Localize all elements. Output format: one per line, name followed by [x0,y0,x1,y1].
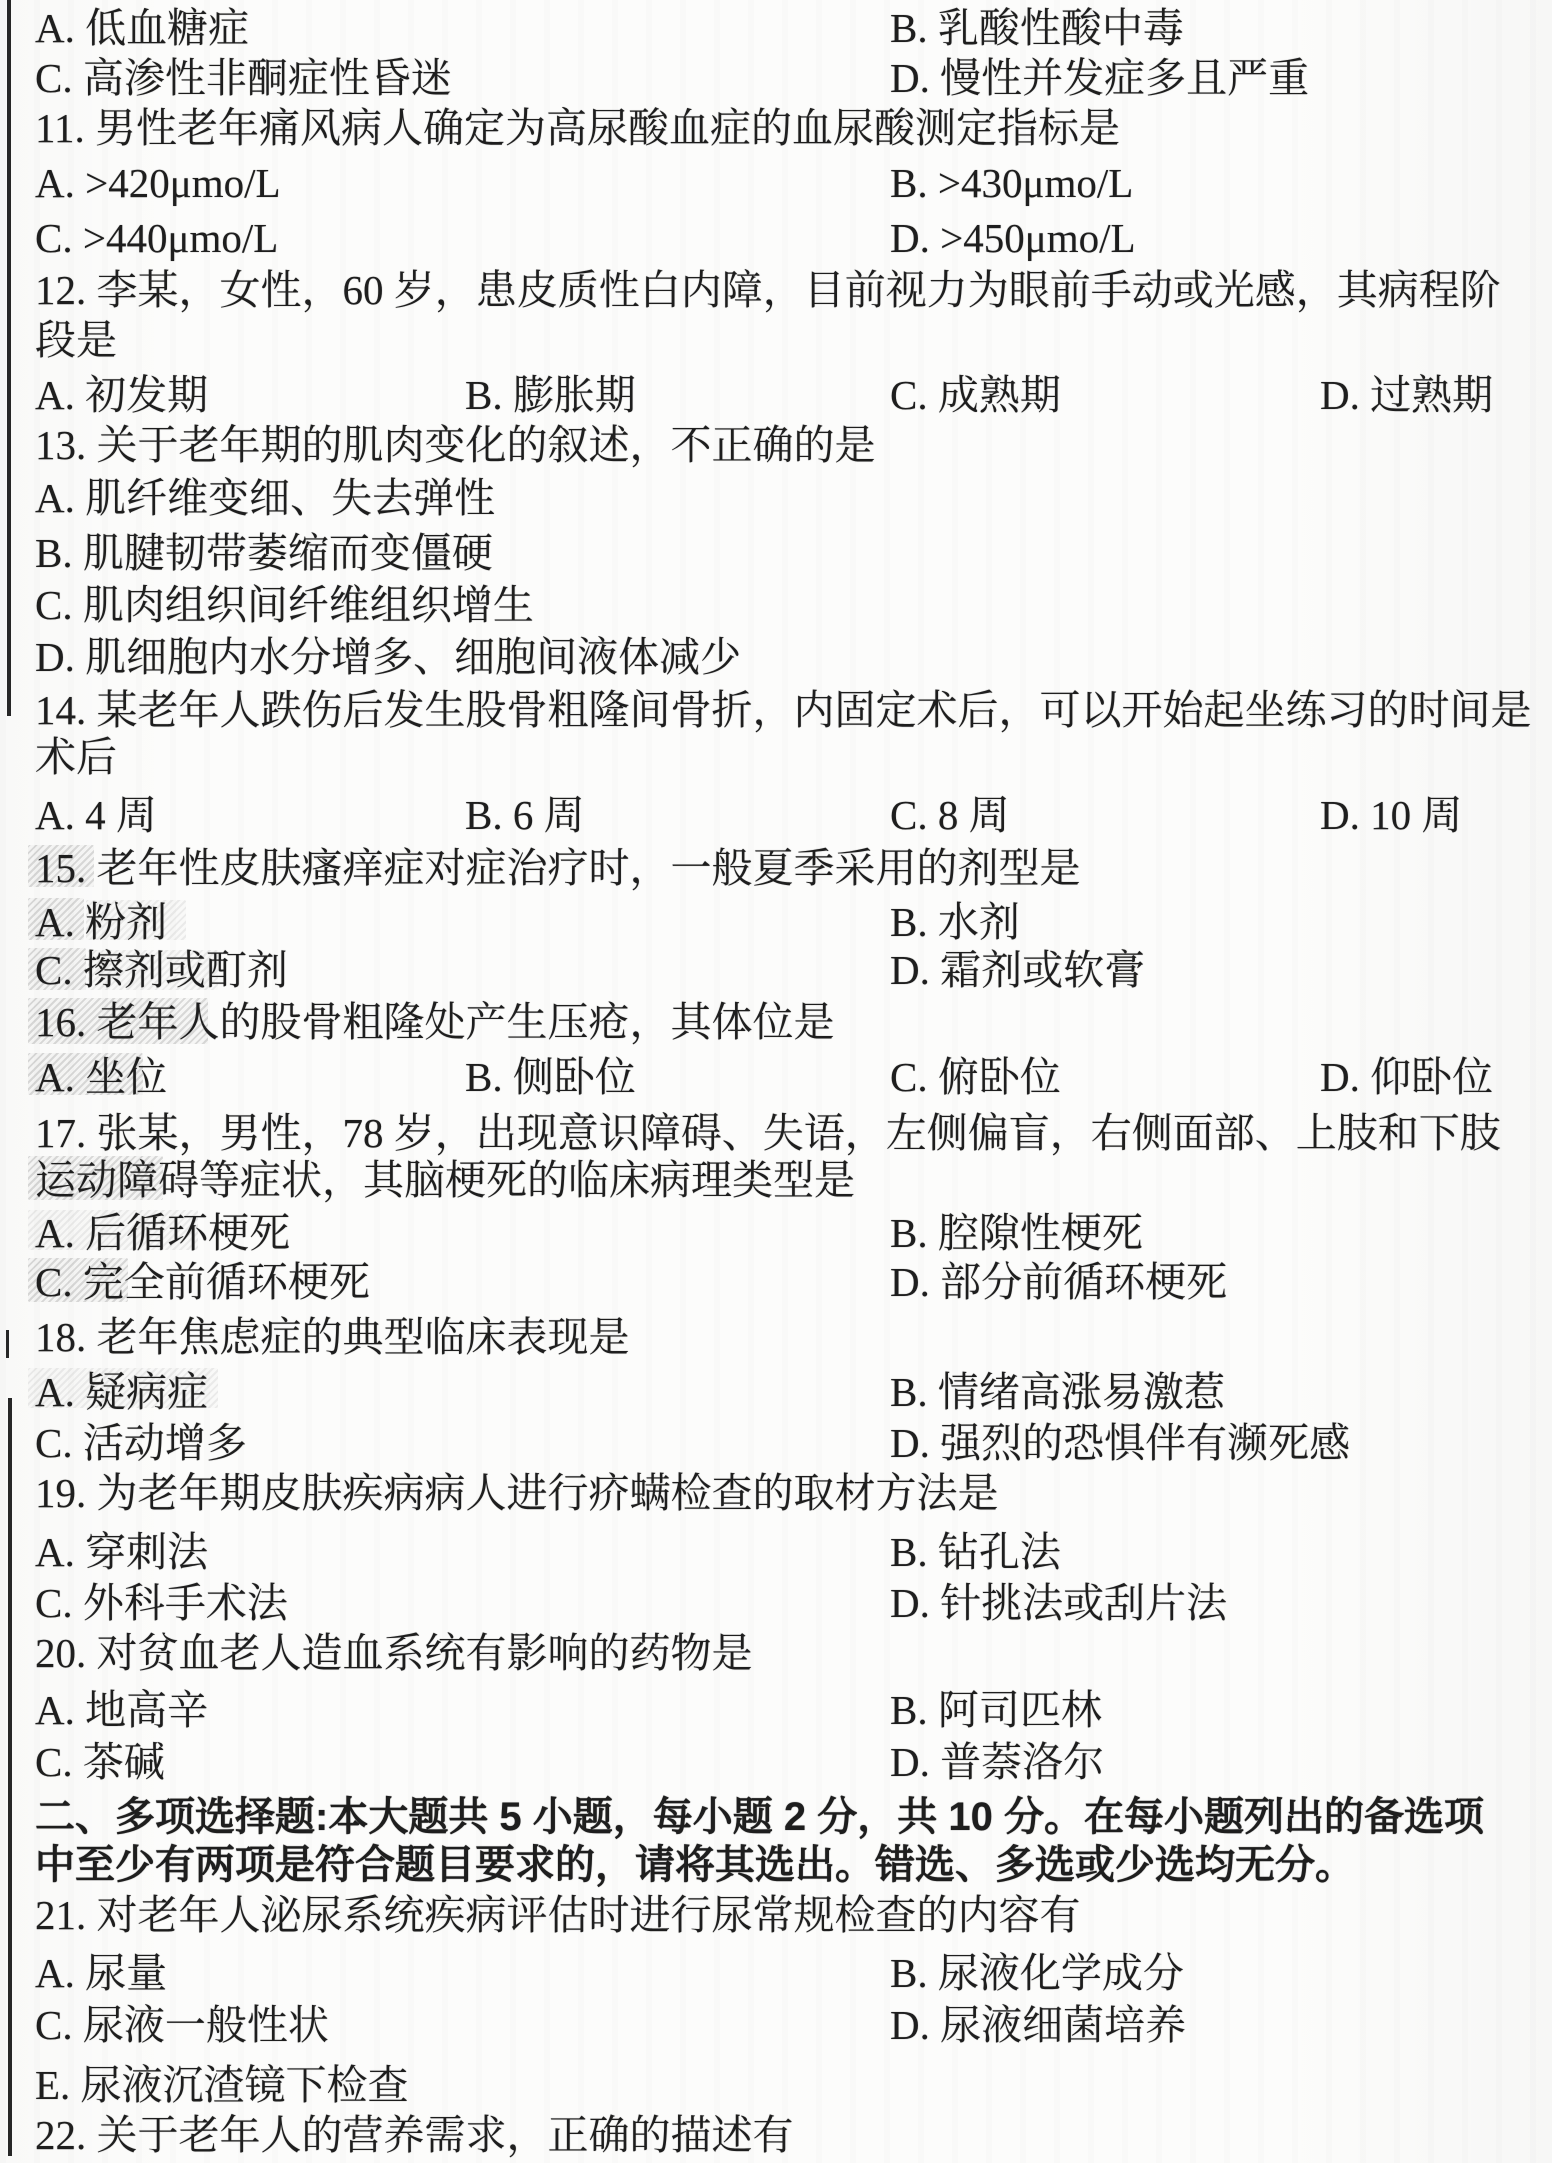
q21-option-e: E. 尿液沉渣镜下检查 [35,2059,409,2111]
section2-header-text-1: 二、多项选择题:本大题共 5 小题，每小题 2 分，共 10 分。在每小题列出的… [35,1791,1484,1843]
q13-option-a: A. 肌纤维变细、失去弹性 [35,472,495,524]
q13-stem: 13. 关于老年期的肌肉变化的叙述，不正确的是 [0,419,1552,471]
q21-stem: 21. 对老年人泌尿系统疾病评估时进行尿常规检查的内容有 [0,1889,1552,1941]
q17-stem-text-2: 运动障碍等症状，其脑梗死的临床病理类型是 [35,1154,855,1206]
q21-option-a: A. 尿量 [35,1947,167,1999]
q14-stem-text-1: 14. 某老年人跌伤后发生股骨粗隆间骨折，内固定术后，可以开始起坐练习的时间是 [35,684,1532,736]
q11-option-c: C. >440μmo/L [35,212,278,264]
q21-option-d: D. 尿液细菌培养 [890,1999,1186,2051]
q14-option-d: D. 10 周 [1320,789,1462,841]
q18-options-ab: A. 疑病症B. 情绪高涨易激惹 [0,1366,1552,1418]
q13-option-c: C. 肌肉组织间纤维组织增生 [35,579,534,631]
q15-stem-text: 15. 老年性皮肤瘙痒症对症治疗时，一般夏季采用的剂型是 [35,842,1081,894]
q17-options-ab: A. 后循环梗死B. 腔隙性梗死 [0,1207,1552,1259]
q14-option-b: B. 6 周 [465,789,585,841]
q15-option-b: B. 水剂 [890,896,1020,948]
q19-option-a: A. 穿刺法 [35,1526,208,1578]
q10-option-c: C. 高渗性非酮症性昏迷 [35,52,452,104]
exam-scan-page: A. 低血糖症B. 乳酸性酸中毒C. 高渗性非酮症性昏迷D. 慢性并发症多且严重… [0,0,1552,2163]
q19-stem-text: 19. 为老年期皮肤疾病病人进行疥螨检查的取材方法是 [35,1467,999,1519]
q13-stem-text: 13. 关于老年期的肌肉变化的叙述，不正确的是 [35,419,876,471]
q16-option-b: B. 侧卧位 [465,1051,636,1103]
section2-header-line1: 二、多项选择题:本大题共 5 小题，每小题 2 分，共 10 分。在每小题列出的… [0,1791,1552,1843]
q18-options-cd: C. 活动增多D. 强烈的恐惧伴有濒死感 [0,1417,1552,1469]
q20-stem: 20. 对贫血老人造血系统有影响的药物是 [0,1627,1552,1679]
q16-options: A. 坐位B. 侧卧位C. 俯卧位D. 仰卧位 [0,1051,1552,1103]
q20-options-ab: A. 地高辛B. 阿司匹林 [0,1684,1552,1736]
q12-stem-text-1: 12. 李某，女性，60 岁，患皮质性白内障，目前视力为眼前手动或光感，其病程阶 [35,264,1501,316]
q17-stem-text-1: 17. 张某，男性，78 岁，出现意识障碍、失语，左侧偏盲，右侧面部、上肢和下肢 [35,1107,1501,1159]
q12-option-d: D. 过熟期 [1320,369,1493,421]
q17-option-c: C. 完全前循环梗死 [35,1256,370,1308]
q13-option-b: B. 肌腱韧带萎缩而变僵硬 [35,527,493,579]
q20-option-d: D. 普萘洛尔 [890,1736,1104,1788]
q10-option-b: B. 乳酸性酸中毒 [890,2,1184,54]
q19-stem: 19. 为老年期皮肤疾病病人进行疥螨检查的取材方法是 [0,1467,1552,1519]
q15-option-c: C. 擦剂或酊剂 [35,944,288,996]
q10-options-ab: A. 低血糖症B. 乳酸性酸中毒 [0,2,1552,54]
q17-option-d: D. 部分前循环梗死 [890,1256,1227,1308]
q16-option-d: D. 仰卧位 [1320,1051,1493,1103]
q13-option-d: D. 肌细胞内水分增多、细胞间液体减少 [35,631,741,683]
q19-options-ab: A. 穿刺法B. 钻孔法 [0,1526,1552,1578]
q16-stem: 16. 老年人的股骨粗隆处产生压疮，其体位是 [0,996,1552,1048]
q19-options-cd: C. 外科手术法D. 针挑法或刮片法 [0,1577,1552,1629]
q16-stem-text: 16. 老年人的股骨粗隆处产生压疮，其体位是 [35,996,835,1048]
q18-stem: 18. 老年焦虑症的典型临床表现是 [0,1311,1552,1363]
q11-option-a: A. >420μmo/L [35,157,281,209]
q18-option-c: C. 活动增多 [35,1417,247,1469]
q10-options-cd: C. 高渗性非酮症性昏迷D. 慢性并发症多且严重 [0,52,1552,104]
q20-option-c: C. 茶碱 [35,1736,165,1788]
q17-options-cd: C. 完全前循环梗死D. 部分前循环梗死 [0,1256,1552,1308]
q21-options-ab: A. 尿量B. 尿液化学成分 [0,1947,1552,1999]
q13-option-b-row: B. 肌腱韧带萎缩而变僵硬 [0,527,1552,579]
q14-option-c: C. 8 周 [890,789,1010,841]
q12-option-c: C. 成熟期 [890,369,1061,421]
q20-stem-text: 20. 对贫血老人造血系统有影响的药物是 [35,1627,753,1679]
q12-option-b: B. 膨胀期 [465,369,636,421]
q21-option-c: C. 尿液一般性状 [35,1999,329,2051]
q12-option-a: A. 初发期 [35,369,208,421]
q14-stem-line2: 术后 [0,731,1552,783]
q15-option-a: A. 粉剂 [35,896,167,948]
q14-stem-text-2: 术后 [35,731,117,783]
section2-header-line2: 中至少有两项是符合题目要求的，请将其选出。错选、多选或少选均无分。 [0,1839,1552,1891]
q12-stem-line1: 12. 李某，女性，60 岁，患皮质性白内障，目前视力为眼前手动或光感，其病程阶 [0,264,1552,316]
q21-option-b: B. 尿液化学成分 [890,1947,1184,1999]
q11-stem: 11. 男性老年痛风病人确定为高尿酸血症的血尿酸测定指标是 [0,102,1552,154]
q21-stem-text: 21. 对老年人泌尿系统疾病评估时进行尿常规检查的内容有 [35,1889,1081,1941]
q22-stem-text: 22. 关于老年人的营养需求，正确的描述有 [35,2109,794,2161]
q13-option-a-row: A. 肌纤维变细、失去弹性 [0,472,1552,524]
q14-stem-line1: 14. 某老年人跌伤后发生股骨粗隆间骨折，内固定术后，可以开始起坐练习的时间是 [0,684,1552,736]
q21-option-e-row: E. 尿液沉渣镜下检查 [0,2059,1552,2111]
q20-option-b: B. 阿司匹林 [890,1684,1102,1736]
q13-option-c-row: C. 肌肉组织间纤维组织增生 [0,579,1552,631]
q18-option-d: D. 强烈的恐惧伴有濒死感 [890,1417,1350,1469]
q17-stem-line1: 17. 张某，男性，78 岁，出现意识障碍、失语，左侧偏盲，右侧面部、上肢和下肢 [0,1107,1552,1159]
q15-options-ab: A. 粉剂B. 水剂 [0,896,1552,948]
q13-option-d-row: D. 肌细胞内水分增多、细胞间液体减少 [0,631,1552,683]
q17-stem-line2: 运动障碍等症状，其脑梗死的临床病理类型是 [0,1154,1552,1206]
q14-options: A. 4 周B. 6 周C. 8 周D. 10 周 [0,789,1552,841]
q11-options-cd: C. >440μmo/LD. >450μmo/L [0,212,1552,264]
q10-option-a: A. 低血糖症 [35,2,249,54]
q19-option-c: C. 外科手术法 [35,1577,288,1629]
q20-options-cd: C. 茶碱D. 普萘洛尔 [0,1736,1552,1788]
q11-options-ab: A. >420μmo/LB. >430μmo/L [0,157,1552,209]
q22-stem: 22. 关于老年人的营养需求，正确的描述有 [0,2109,1552,2161]
q12-stem-line2: 段是 [0,314,1552,366]
q16-option-a: A. 坐位 [35,1051,167,1103]
q12-stem-text-2: 段是 [35,314,117,366]
q15-stem: 15. 老年性皮肤瘙痒症对症治疗时，一般夏季采用的剂型是 [0,842,1552,894]
section2-header-text-2: 中至少有两项是符合题目要求的，请将其选出。错选、多选或少选均无分。 [35,1839,1355,1891]
q20-option-a: A. 地高辛 [35,1684,208,1736]
q17-option-b: B. 腔隙性梗死 [890,1207,1143,1259]
q19-option-d: D. 针挑法或刮片法 [890,1577,1227,1629]
q18-option-b: B. 情绪高涨易激惹 [890,1366,1225,1418]
q21-options-cd: C. 尿液一般性状D. 尿液细菌培养 [0,1999,1552,2051]
q15-option-d: D. 霜剂或软膏 [890,944,1145,996]
q18-stem-text: 18. 老年焦虑症的典型临床表现是 [35,1311,630,1363]
q11-stem-text: 11. 男性老年痛风病人确定为高尿酸血症的血尿酸测定指标是 [35,102,1120,154]
q14-option-a: A. 4 周 [35,789,157,841]
q19-option-b: B. 钻孔法 [890,1526,1061,1578]
q17-option-a: A. 后循环梗死 [35,1207,290,1259]
q11-option-b: B. >430μmo/L [890,157,1133,209]
q10-option-d: D. 慢性并发症多且严重 [890,52,1309,104]
q15-options-cd: C. 擦剂或酊剂D. 霜剂或软膏 [0,944,1552,996]
q11-option-d: D. >450μmo/L [890,212,1136,264]
q16-option-c: C. 俯卧位 [890,1051,1061,1103]
q12-options: A. 初发期B. 膨胀期C. 成熟期D. 过熟期 [0,369,1552,421]
q18-option-a: A. 疑病症 [35,1366,208,1418]
